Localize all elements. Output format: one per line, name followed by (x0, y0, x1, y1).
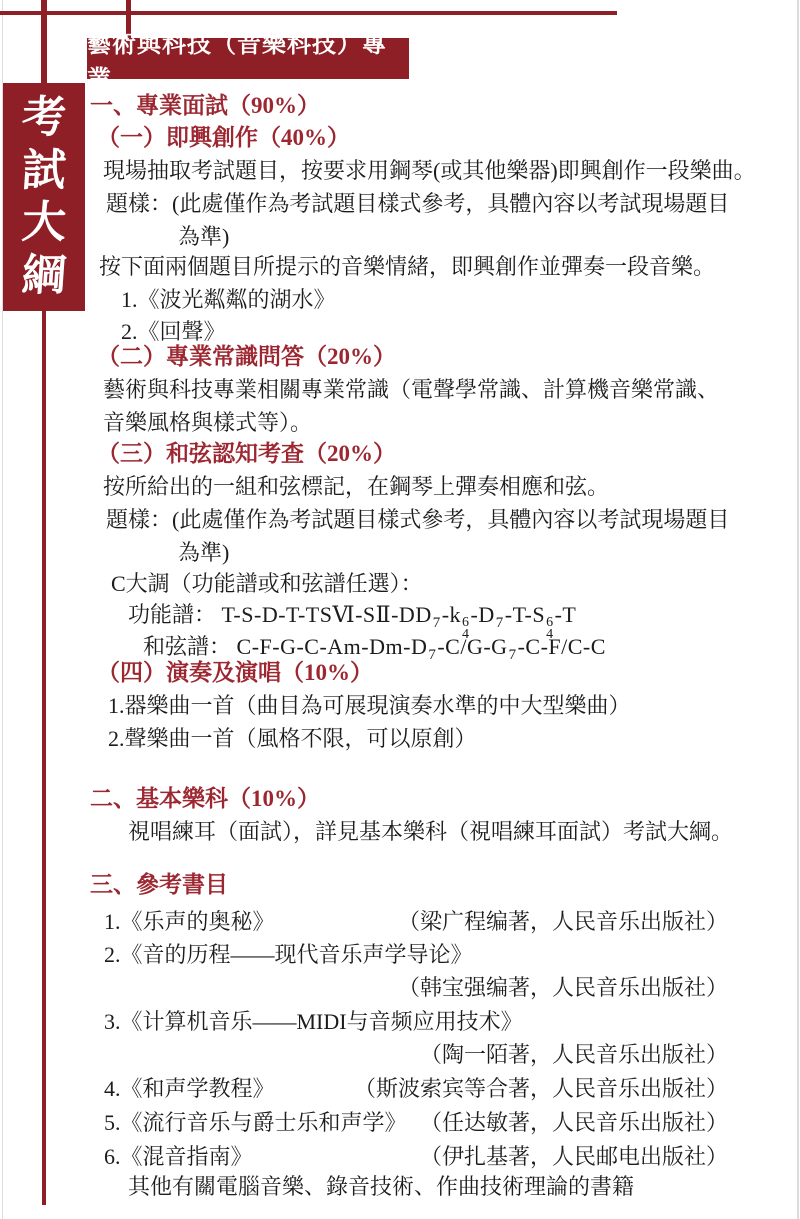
chordal-label: 和弦譜： (143, 634, 231, 659)
functional-label: 功能譜： (128, 602, 216, 627)
program-title-box: 藝術與科技（音樂科技）專業 (87, 38, 409, 79)
section3-heading: 三、參考書目 (90, 871, 228, 899)
top-left-vertical-rule (41, 0, 47, 84)
top-horizontal-rule (0, 11, 617, 15)
book-title: 4.《和声学教程》 (104, 1072, 275, 1103)
two-topics-instruction: 按下面兩個題目所提示的音樂情緒，即興創作並彈奏一段音樂。 (99, 253, 715, 281)
sample-note-cont1: 為準) (178, 223, 229, 251)
section2-body: 視唱練耳（面試），詳見基本樂科（視唱練耳面試）考試大綱。 (128, 818, 733, 846)
book-publisher: （任达敏著，人民音乐出版社） (420, 1106, 728, 1137)
book-title: 5.《流行音乐与爵士乐和声学》 (104, 1106, 407, 1137)
book-row-1: 1.《乐声的奥秘》 （梁广程编著，人民音乐出版社） (104, 905, 728, 936)
book-publisher-2: （韩宝强编著，人民音乐出版社） (104, 971, 728, 1002)
book-publisher: （斯波索宾等合著，人民音乐出版社） (354, 1072, 728, 1103)
book-row-5: 5.《流行音乐与爵士乐和声学》 （任达敏著，人民音乐出版社） (104, 1106, 728, 1137)
book-publisher-3: （陶一陌著，人民音乐出版社） (104, 1038, 728, 1069)
book-title: 6.《混音指南》 (104, 1140, 253, 1171)
right-page-edge (797, 0, 799, 1219)
section1-sub2-heading: （二）專業常識問答（20%） (97, 343, 396, 371)
sample-note-line2: 題樣：(此處僅作為考試題目樣式參考，具體內容以考試現場題目 (106, 506, 729, 534)
improvisation-instruction: 現場抽取考試題目，按要求用鋼琴(或其他樂器)即興創作一段樂曲。 (103, 157, 756, 185)
section1-sub3-heading: （三）和弦認知考查（20%） (97, 440, 396, 468)
functional-notation: T-S-D-T-TSⅥ-SⅡ-DD7-k64-D7-T-S64-T (222, 602, 577, 627)
book-title: 3.《计算机音乐——MIDI与音频应用技术》 (104, 1005, 523, 1036)
banner-char-1: 考 (20, 94, 67, 142)
banner-char-3: 大 (20, 199, 67, 247)
section2-heading: 二、基本樂科（10%） (90, 785, 320, 813)
program-title: 藝術與科技（音樂科技）專業 (87, 24, 409, 94)
left-vertical-rule (42, 310, 46, 1205)
book-publisher: （伊扎基著，人民邮电出版社） (420, 1140, 728, 1171)
book-title: 1.《乐声的奥秘》 (104, 905, 275, 936)
c-major-line: C大調（功能譜或和弦譜任選）： (111, 570, 423, 598)
exam-syllabus-page: { "colors": { "dark_red_fill": "#8e1f26"… (0, 0, 800, 1219)
book-row-3: 3.《计算机音乐——MIDI与音频应用技术》 (104, 1005, 728, 1036)
book-publisher: （梁广程编著，人民音乐出版社） (398, 905, 728, 936)
vocal-item: 2.聲樂曲一首（風格不限，可以原創） (108, 725, 477, 753)
book-row-4: 4.《和声学教程》 （斯波索宾等合著，人民音乐出版社） (104, 1072, 728, 1103)
chordal-notation: C-F-G-C-Am-Dm-D7-C/G-G7-C-F/C-C (237, 634, 606, 659)
knowledge-line2: 音樂風格與樣式等）。 (103, 409, 312, 437)
topic-item-2: 2.《回聲》 (121, 318, 226, 346)
banner-char-2: 試 (20, 147, 67, 195)
book-row-6: 6.《混音指南》 （伊扎基著，人民邮电出版社） (104, 1140, 728, 1171)
section1-sub4-heading: （四）演奏及演唱（10%） (97, 659, 373, 687)
sample-note-cont2: 為準) (178, 539, 229, 567)
book-row-2: 2.《音的历程——现代音乐声学导论》 (104, 938, 728, 969)
section1-heading: 一、專業面試（90%） (90, 92, 320, 120)
topic-item-1: 1.《波光粼粼的湖水》 (121, 286, 336, 314)
chord-task-line: 按所給出的一組和弦標記，在鋼琴上彈奏相應和弦。 (103, 473, 609, 501)
knowledge-line1: 藝術與科技專業相關專業常識（電聲學常識、計算機音樂常識、 (103, 376, 719, 404)
book-title: 2.《音的历程——现代音乐声学导论》 (104, 938, 473, 969)
books-footer: 其他有關電腦音樂、錄音技術、作曲技術理論的書籍 (128, 1173, 634, 1201)
side-banner-exam-outline: 考 試 大 綱 (3, 83, 85, 311)
sample-note-line1: 題樣：(此處僅作為考試題目樣式參考，具體內容以考試現場題目 (106, 190, 729, 218)
banner-char-4: 綱 (20, 252, 67, 300)
instrumental-item: 1.器樂曲一首（曲目為可展現演奏水準的中大型樂曲） (108, 692, 631, 720)
section1-sub1-heading: （一）即興創作（40%） (97, 124, 350, 152)
